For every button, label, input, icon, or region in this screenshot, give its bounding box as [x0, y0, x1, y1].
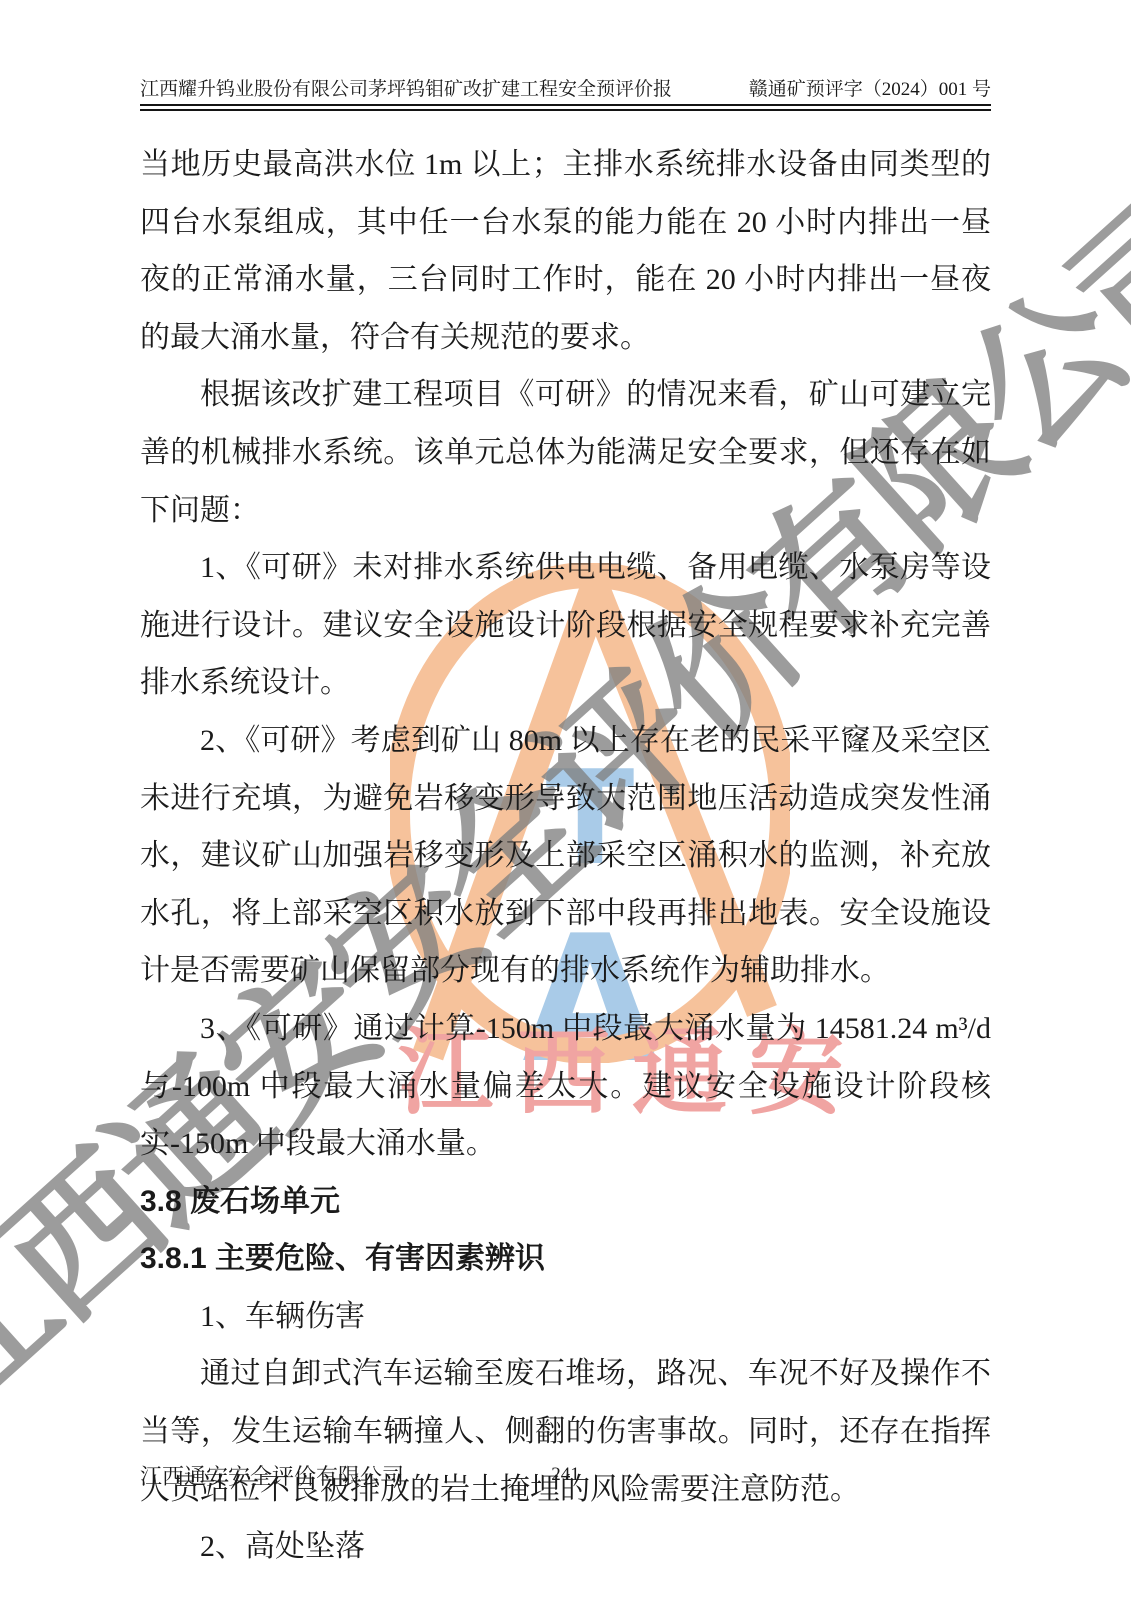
document-page: T A 江西通安 江西通安安全评价有限公司 江西耀升钨业股份有限公司茅坪钨钼矿改…	[0, 0, 1131, 1600]
paragraph-issue-1: 1、《可研》未对排水系统供电电缆、备用电缆、水泵房等设施进行设计。建议安全设施设…	[140, 539, 991, 712]
paragraph-feasibility-summary: 根据该改扩建工程项目《可研》的情况来看，矿山可建立完善的机械排水系统。该单元总体…	[140, 366, 991, 539]
item-vehicle-injury-title: 1、车辆伤害	[140, 1288, 991, 1346]
item-fall-from-height-title: 2、高处坠落	[140, 1518, 991, 1576]
section-heading-3-8-1: 3.8.1 主要危险、有害因素辨识	[140, 1230, 991, 1288]
header-report-title: 江西耀升钨业股份有限公司茅坪钨钼矿改扩建工程安全预评价报	[140, 78, 672, 102]
header-divider-line	[140, 104, 991, 111]
paragraph-issue-3: 3、《可研》通过计算-150m 中段最大涌水量为 14581.24 m³/d 与…	[140, 1000, 991, 1173]
paragraph-vehicle-injury: 通过自卸式汽车运输至废石堆场，路况、车况不好及操作不当等，发生运输车辆撞人、侧翻…	[140, 1345, 991, 1518]
page-header: 江西耀升钨业股份有限公司茅坪钨钼矿改扩建工程安全预评价报 赣通矿预评字（2024…	[140, 78, 991, 102]
document-body: 当地历史最高洪水位 1m 以上；主排水系统排水设备由同类型的四台水泵组成，其中任…	[140, 136, 991, 1576]
paragraph-issue-2: 2、《可研》考虑到矿山 80m 以上存在老的民采平窿及采空区未进行充填，为避免岩…	[140, 712, 991, 1000]
header-doc-number: 赣通矿预评字（2024）001 号	[749, 78, 991, 102]
page-number: 241	[0, 1464, 1131, 1486]
paragraph-drainage-continued: 当地历史最高洪水位 1m 以上；主排水系统排水设备由同类型的四台水泵组成，其中任…	[140, 136, 991, 366]
section-heading-3-8: 3.8 废石场单元	[140, 1173, 991, 1231]
